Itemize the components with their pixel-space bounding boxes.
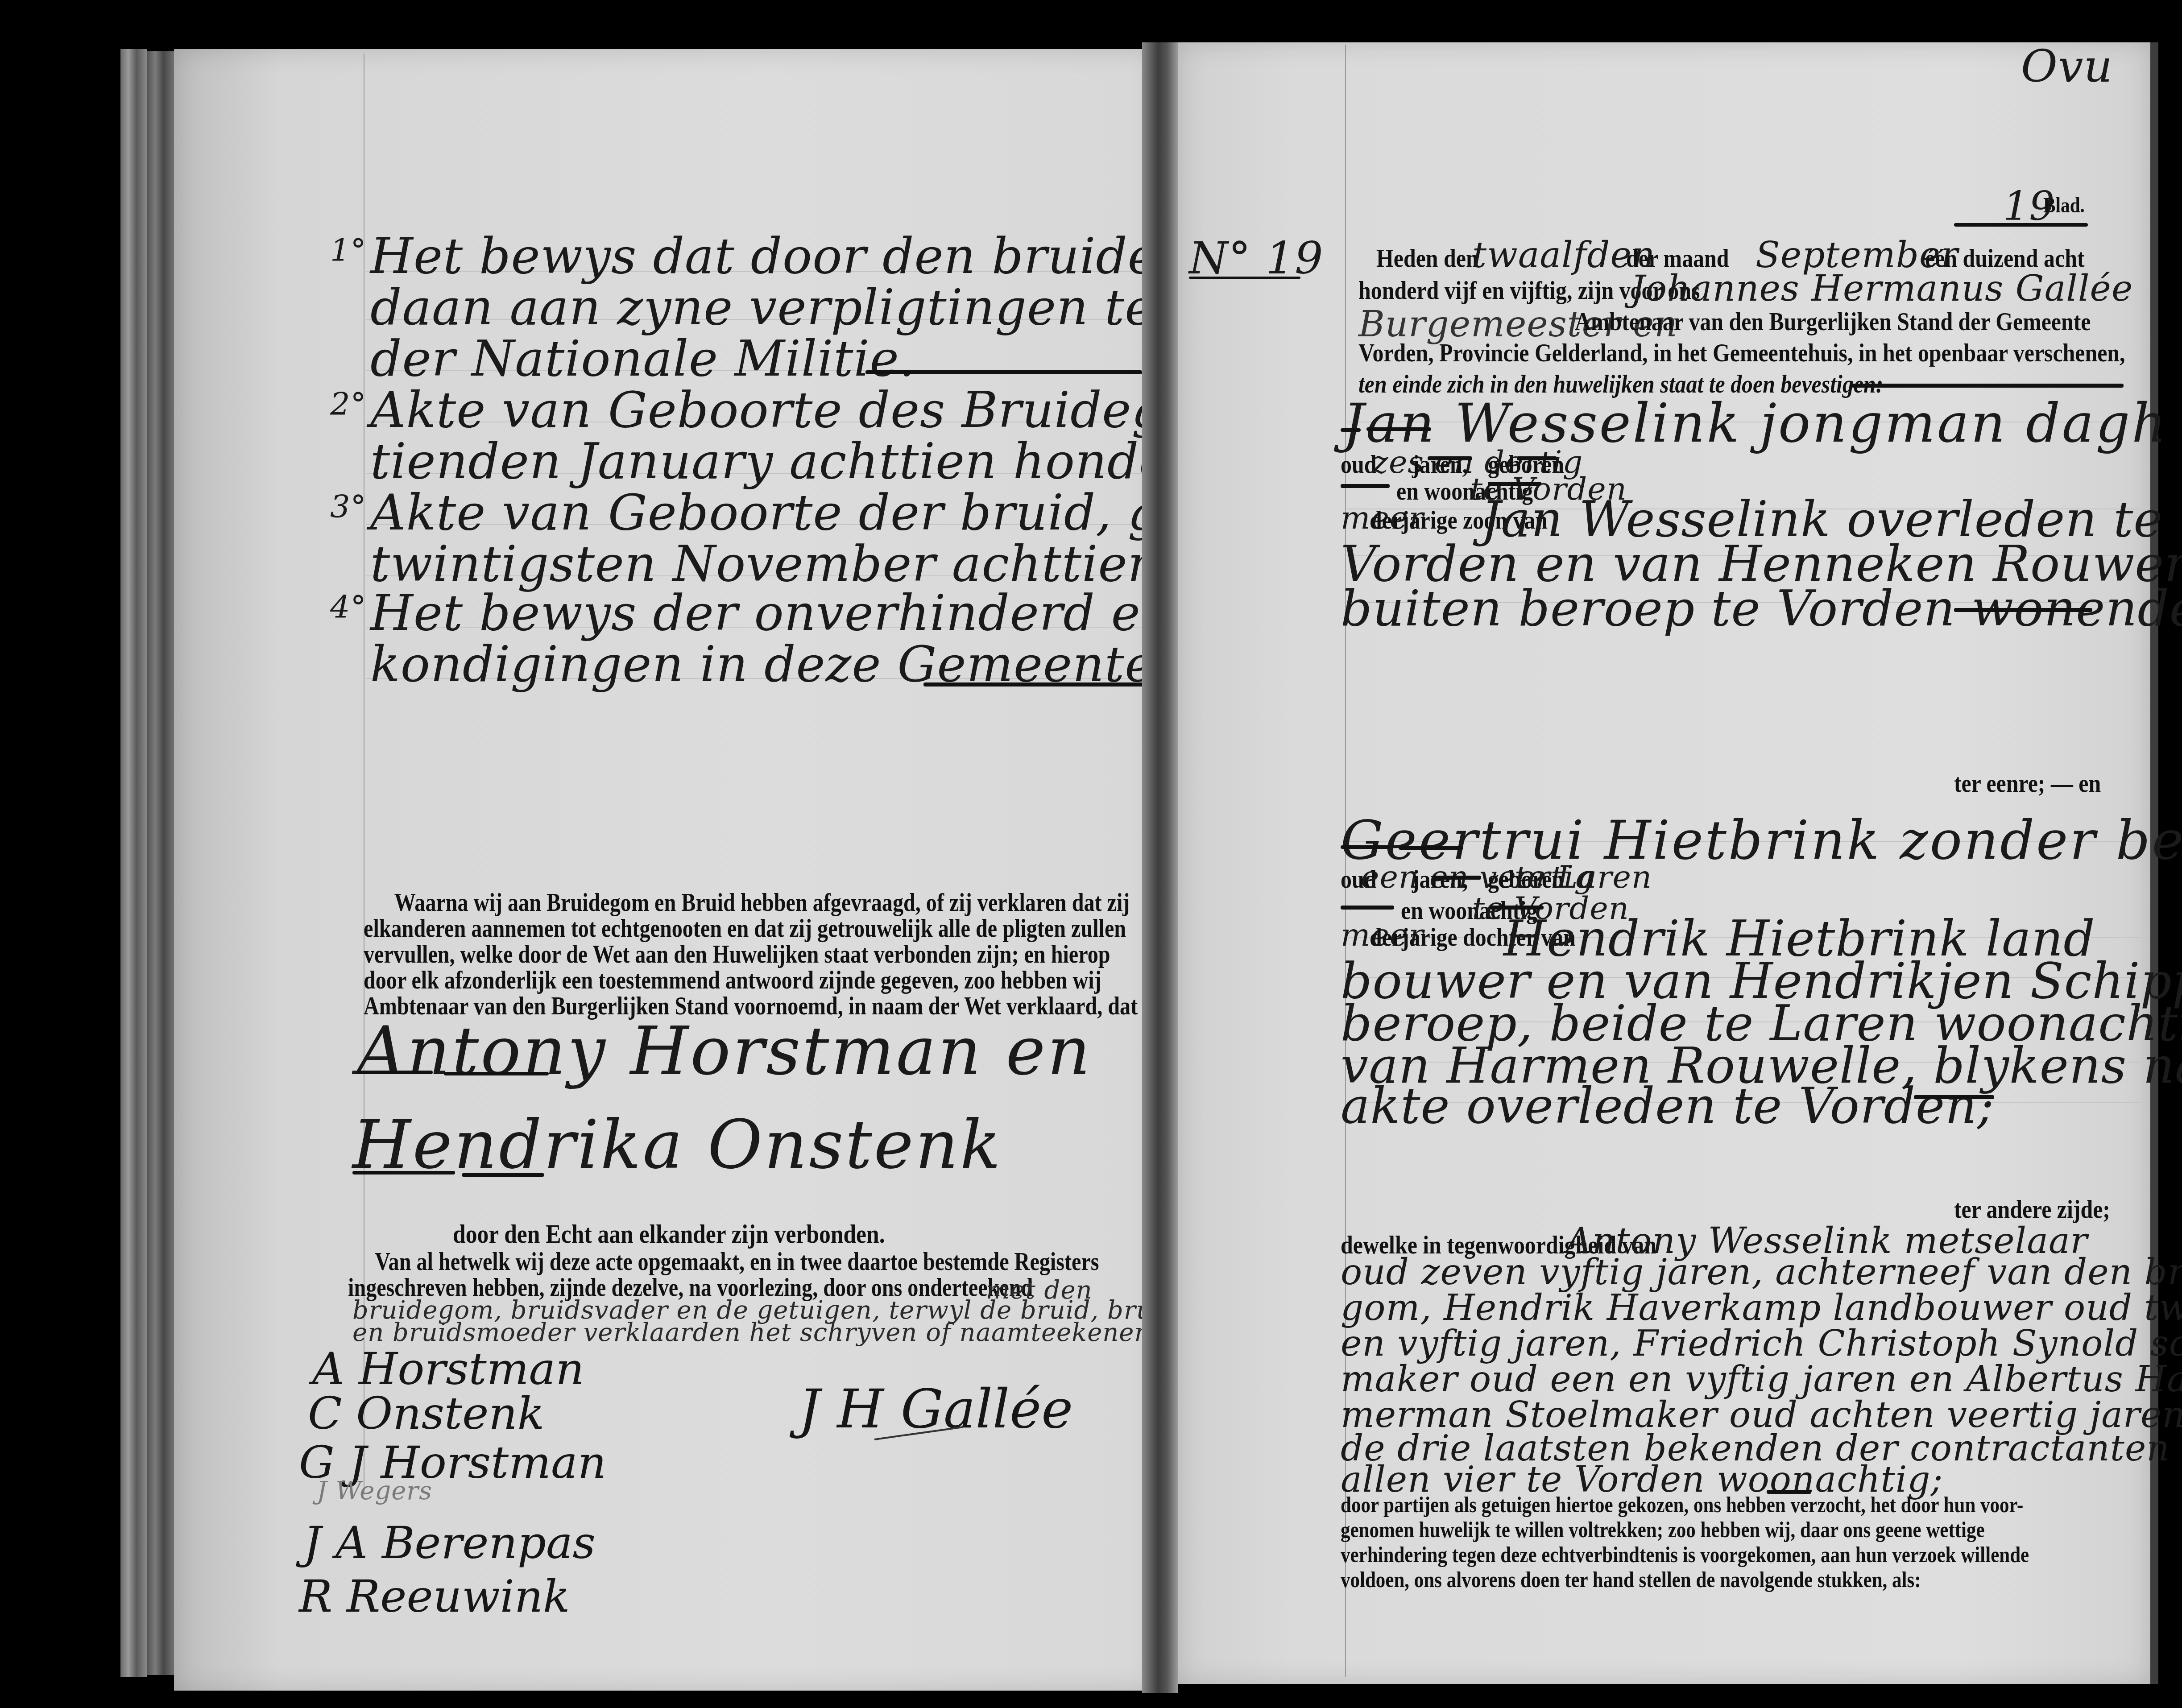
filler-dash xyxy=(1851,384,2124,388)
request-line: verhindering tegen deze echtverbindtenis… xyxy=(1341,1542,2024,1567)
declaration-line: elkanderen aannemen tot echtgenooten en … xyxy=(364,916,1043,942)
declaration-line: door elk afzonderlijk een toestemmend an… xyxy=(364,968,1043,993)
filler-dash xyxy=(1432,876,1481,880)
bride-closing: ter andere zijde; xyxy=(1954,1195,2110,1223)
declaration-paragraph: Waarna wij aan Bruidegom en Bruid hebben… xyxy=(364,890,1153,1019)
filler-dash xyxy=(1517,456,1557,460)
signature-witness-faint: J Wegers xyxy=(317,1476,432,1505)
groom-name-underline xyxy=(357,1071,433,1074)
filler-dash xyxy=(1341,906,1394,910)
request-paragraph: door partijen als getuigen hiertoe gekoz… xyxy=(1341,1492,2135,1592)
intro-official: Johannes Hermanus Gallée xyxy=(1631,268,2133,309)
filler-dash xyxy=(865,370,1142,374)
annex-line: der Nationale Militie. xyxy=(370,330,915,387)
annex-2-number: 2° xyxy=(330,386,367,422)
intro-role-line: Ambtenaar van den Burgerlijken Stand der… xyxy=(1575,308,2091,335)
corner-mark: Ovu xyxy=(2021,40,2113,92)
united-text: door den Echt aan elkander zijn verbonde… xyxy=(453,1220,885,1248)
groom-oud: oud xyxy=(1341,451,1376,478)
groom-closing: ter eenre; — en xyxy=(1954,769,2101,797)
groom-jaren: jaren, xyxy=(1412,451,1468,478)
book-edge-left xyxy=(120,49,147,1677)
intro-place-line: Vorden, Provincie Gelderland, in het Gem… xyxy=(1358,339,2125,367)
book-edge-inner xyxy=(147,51,174,1675)
bride-name-underline xyxy=(462,1173,544,1177)
folio-underline xyxy=(1954,223,2088,227)
bride-name-underline xyxy=(352,1171,455,1175)
declaration-line: vervullen, welke door de Wet aan den Huw… xyxy=(364,942,1043,968)
groom-name-underline xyxy=(1366,427,1431,431)
groom-name-underline xyxy=(444,1072,549,1075)
request-line: door partijen als getuigen hiertoe gekoz… xyxy=(1341,1492,2024,1517)
signature-witness: R Reeuwink xyxy=(299,1570,570,1622)
folio-label: Blad. xyxy=(2043,192,2085,219)
act-number-underline xyxy=(1189,277,1300,279)
filler-dash xyxy=(1488,482,1541,486)
annex-4-number: 4° xyxy=(330,589,367,625)
filler-dash xyxy=(1428,456,1472,460)
groom-name: Antony Horstman en xyxy=(357,1013,1092,1090)
signature-witness: J A Berenpas xyxy=(303,1517,596,1569)
closing-line: Van al hetwelk wij deze acte opgemaakt, … xyxy=(348,1249,1039,1275)
signature-bride: C Onstenk xyxy=(308,1387,544,1439)
bride-name-underline xyxy=(1399,846,1463,850)
filler-dash xyxy=(1341,484,1390,488)
request-line: voldoen, ons alvorens doen ter hand stel… xyxy=(1341,1567,2024,1592)
bride-name-underline xyxy=(1341,845,1390,849)
filler-dash xyxy=(923,682,1147,687)
declaration-line: Waarna wij aan Bruidegom en Bruid hebben… xyxy=(364,890,1043,916)
filler-dash xyxy=(1954,608,2092,612)
bride-parents-line: akte overleden te Vorden; xyxy=(1341,1077,1994,1134)
annex-1-number: 1° xyxy=(330,232,367,269)
filler-dash xyxy=(1490,906,1544,910)
annex-3-number: 3° xyxy=(330,488,367,525)
book-gutter xyxy=(1142,42,1178,1693)
groom-name-underline xyxy=(1341,428,1361,432)
filler-dash xyxy=(1914,1095,1994,1099)
request-line: genomen huwelijk te willen voltrekken; z… xyxy=(1341,1517,2024,1542)
intro-heden: Heden den xyxy=(1376,244,1478,272)
